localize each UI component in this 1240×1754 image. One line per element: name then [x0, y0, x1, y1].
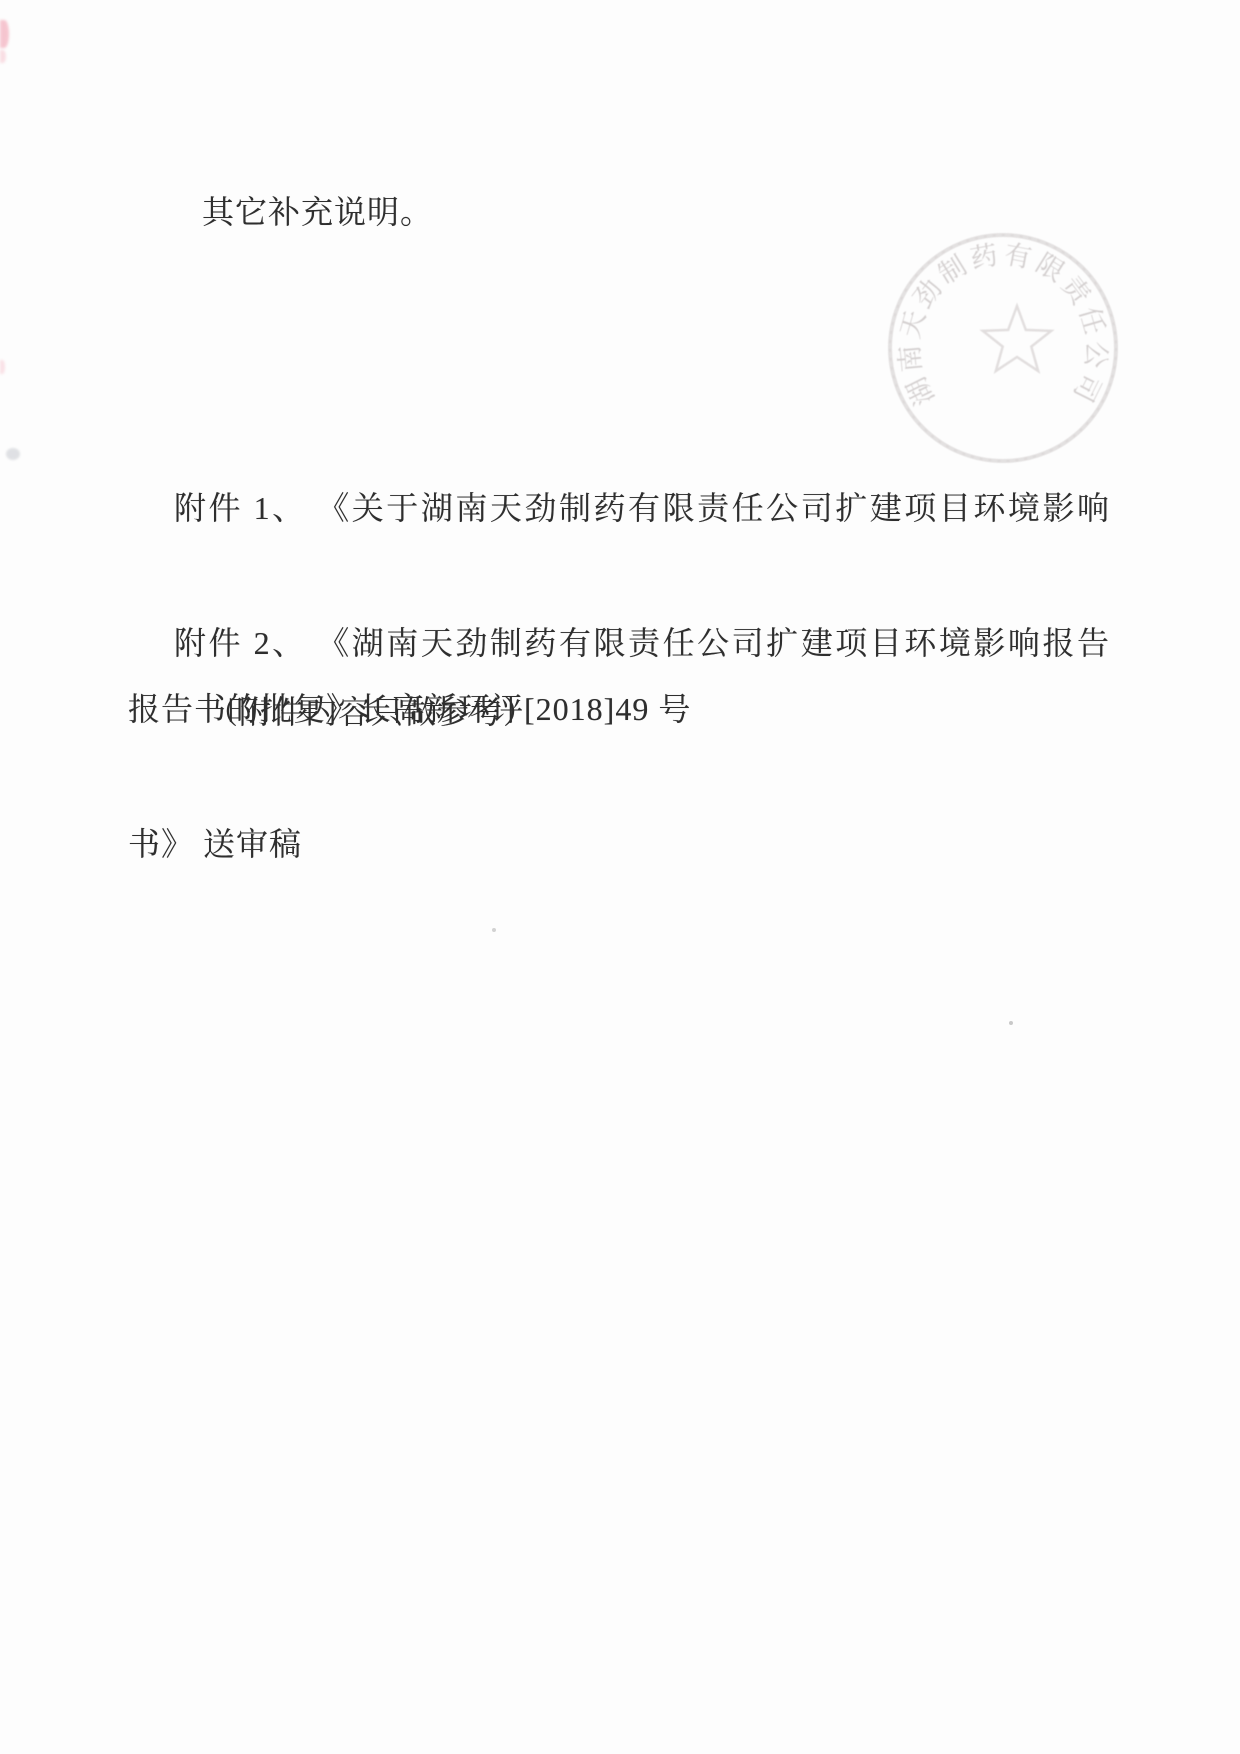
document-page: 湖南天劲制药有限责任公司 其它补充说明。 附件 1、 《关于湖南天劲制药有限责任… [0, 0, 1240, 1754]
intro-paragraph: 其它补充说明。 [128, 190, 1110, 234]
attachment2-line2: 书》 送审稿 [128, 811, 1110, 878]
pink-scan-streak [0, 50, 6, 63]
pink-scan-streak [0, 20, 9, 48]
scan-speck [1009, 1021, 1013, 1025]
note-paragraph: （附件内容只做参考） [128, 690, 1110, 734]
attachment2-paragraph: 附件 2、 《湖南天劲制药有限责任公司扩建项目环境影响报告 书》 送审稿 [128, 476, 1110, 1012]
attachment2-line1: 附件 2、 《湖南天劲制药有限责任公司扩建项目环境影响报告 [128, 610, 1110, 677]
pink-scan-streak [0, 360, 5, 374]
gray-scan-blotch [6, 448, 20, 460]
